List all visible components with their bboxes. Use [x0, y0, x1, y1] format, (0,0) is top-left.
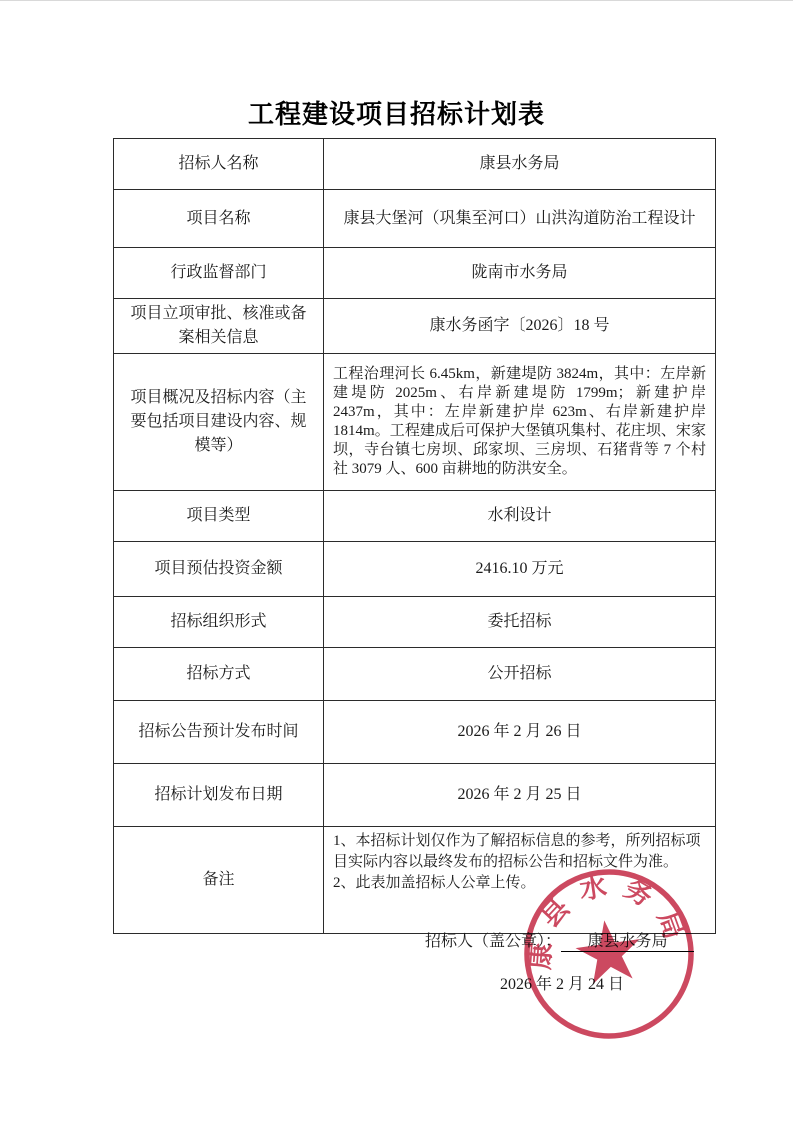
table-row-bidding-method: 招标方式 公开招标 [114, 648, 716, 701]
row-value: 水利设计 [324, 491, 716, 542]
table-row-announcement-date: 招标公告预计发布时间 2026 年 2 月 26 日 [114, 701, 716, 764]
table-row-supervising-department: 行政监督部门 陇南市水务局 [114, 248, 716, 299]
row-label: 招标公告预计发布时间 [114, 701, 324, 764]
row-label: 招标组织形式 [114, 597, 324, 648]
row-label: 招标计划发布日期 [114, 764, 324, 827]
row-value: 委托招标 [324, 597, 716, 648]
page-top-edge [0, 0, 793, 1]
table-row-plan-release-date: 招标计划发布日期 2026 年 2 月 25 日 [114, 764, 716, 827]
table-row-estimated-investment: 项目预估投资金额 2416.10 万元 [114, 542, 716, 597]
row-label: 行政监督部门 [114, 248, 324, 299]
row-value: 公开招标 [324, 648, 716, 701]
row-value: 2416.10 万元 [324, 542, 716, 597]
row-label: 项目概况及招标内容（主要包括项目建设内容、规模等） [114, 354, 324, 491]
row-value: 康县大堡河（巩集至河口）山洪沟道防治工程设计 [324, 190, 716, 248]
row-value: 工程治理河长 6.45km，新建堤防 3824m，其中：左岸新建堤防 2025m… [324, 354, 716, 491]
signature-date: 2026 年 2 月 24 日 [500, 971, 624, 994]
row-label: 项目类型 [114, 491, 324, 542]
signature-line: 招标人（盖公章）：康县水务局 [425, 928, 694, 952]
table-row-project-name: 项目名称 康县大堡河（巩集至河口）山洪沟道防治工程设计 [114, 190, 716, 248]
row-value: 1、本招标计划仅作为了解招标信息的参考，所列招标项目实际内容以最终发布的招标公告… [324, 827, 716, 934]
signer-label: 招标人（盖公章）： [425, 933, 561, 950]
row-value: 康县水务局 [324, 139, 716, 190]
row-label: 项目预估投资金额 [114, 542, 324, 597]
table-row-remarks: 备注 1、本招标计划仅作为了解招标信息的参考，所列招标项目实际内容以最终发布的招… [114, 827, 716, 934]
row-label: 项目名称 [114, 190, 324, 248]
page-title: 工程建设项目招标计划表 [0, 94, 793, 131]
table-row-project-type: 项目类型 水利设计 [114, 491, 716, 542]
table-row-bidder-name: 招标人名称 康县水务局 [114, 139, 716, 190]
bidding-plan-table: 招标人名称 康县水务局 项目名称 康县大堡河（巩集至河口）山洪沟道防治工程设计 … [113, 138, 716, 934]
row-label: 招标方式 [114, 648, 324, 701]
row-label: 项目立项审批、核准或备案相关信息 [114, 299, 324, 354]
row-value: 2026 年 2 月 26 日 [324, 701, 716, 764]
row-label: 招标人名称 [114, 139, 324, 190]
row-value: 陇南市水务局 [324, 248, 716, 299]
table-row-project-overview: 项目概况及招标内容（主要包括项目建设内容、规模等） 工程治理河长 6.45km，… [114, 354, 716, 491]
row-label: 备注 [114, 827, 324, 934]
row-value: 2026 年 2 月 25 日 [324, 764, 716, 827]
table-row-organization-form: 招标组织形式 委托招标 [114, 597, 716, 648]
row-value: 康水务函字〔2026〕18 号 [324, 299, 716, 354]
signer-name: 康县水务局 [561, 928, 694, 952]
table-row-approval-info: 项目立项审批、核准或备案相关信息 康水务函字〔2026〕18 号 [114, 299, 716, 354]
